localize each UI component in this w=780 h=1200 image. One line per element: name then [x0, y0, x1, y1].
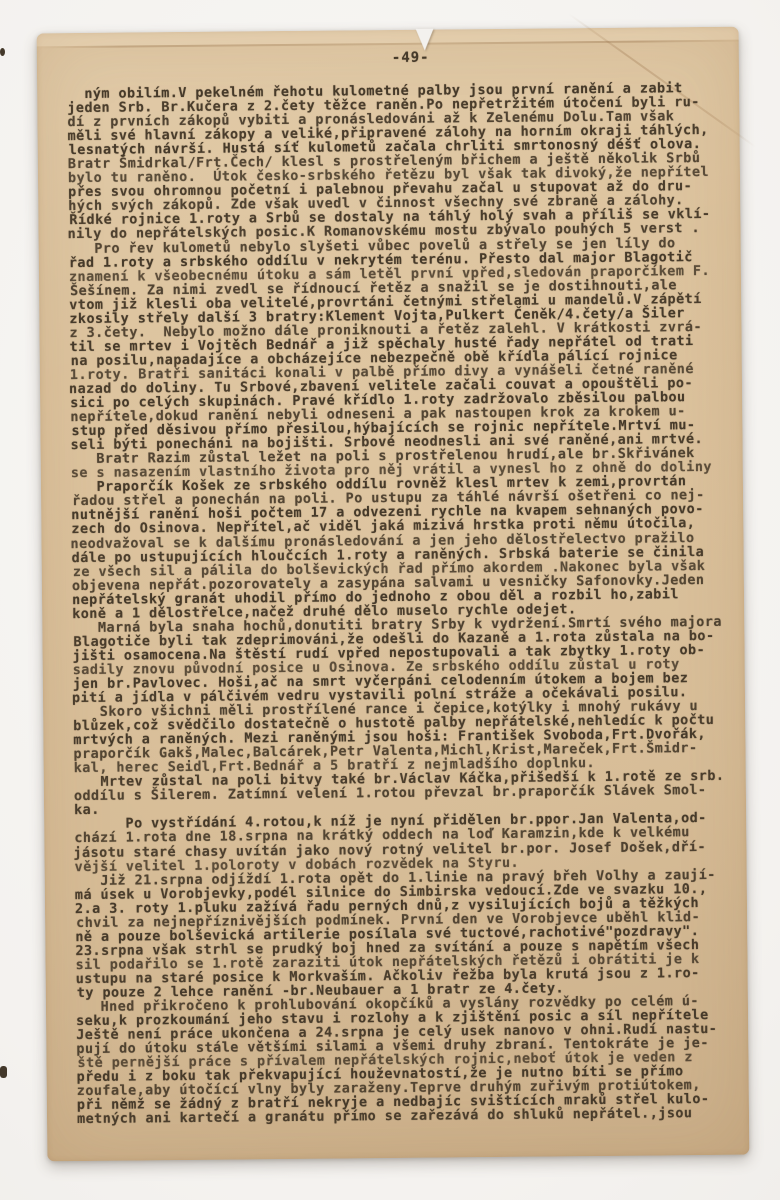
document-page: -49- ným obilím.V pekelném řehotu kulome… [37, 27, 750, 1162]
text-line: metných ani kartečí a granátu přímo se z… [77, 1106, 745, 1126]
scan-speck [0, 1066, 7, 1078]
typewritten-text: ným obilím.V pekelném řehotu kulometné p… [67, 81, 745, 1127]
screenshot-root: { "style": { "background_color": "#f2f0e… [0, 0, 780, 1200]
torn-notch [416, 29, 434, 51]
scan-speck [0, 48, 5, 56]
page-number: -49- [392, 50, 430, 66]
